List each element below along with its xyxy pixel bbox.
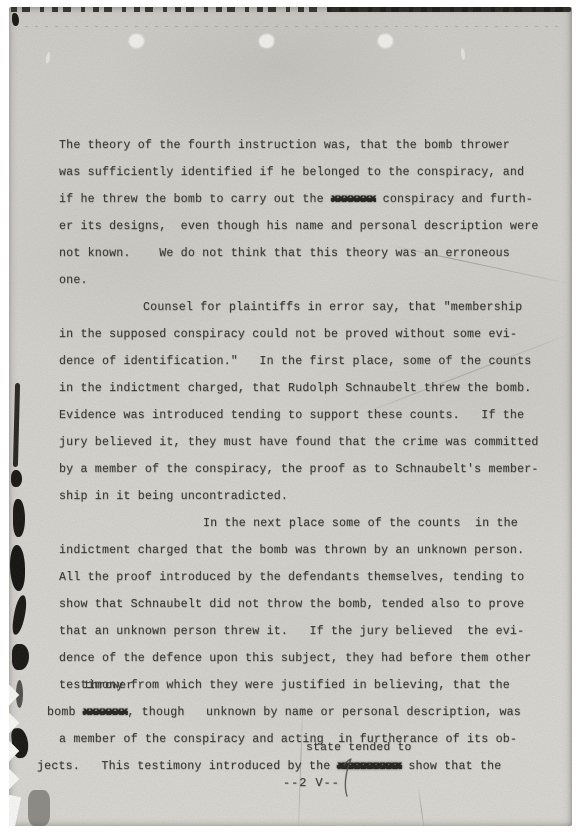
- torn-edge-notch: [9, 794, 21, 826]
- punch-hole: [378, 34, 393, 48]
- text-line: indictment charged that the bomb was thr…: [59, 537, 541, 564]
- struck-out-word: xxxxxxx: [83, 706, 128, 719]
- text-line: one.: [59, 267, 541, 294]
- text-segment: show that the: [401, 760, 501, 773]
- text-segment: bomb: [47, 706, 83, 719]
- page-number: --2 V--: [283, 776, 340, 790]
- paragraph-3: In the next place some of the counts in …: [59, 510, 541, 780]
- scanned-document-page: The theory of the fourth instruction was…: [0, 0, 576, 840]
- text-line: in the supposed conspiracy could not be …: [59, 321, 541, 348]
- torn-edge-notch: [9, 768, 19, 791]
- torn-edge-mark: [12, 644, 29, 670]
- punch-hole: [129, 34, 144, 48]
- text-line: was sufficiently identified if he belong…: [59, 159, 541, 186]
- text-line: by a member of the conspiracy, the proof…: [59, 456, 541, 483]
- interlinear-insertion-state: state tended to: [306, 742, 412, 754]
- text-line: ship in it being uncontradicted.: [59, 483, 541, 510]
- torn-edge-mark: [28, 790, 50, 826]
- text-line: if he threw the bomb to carry out the xx…: [59, 186, 541, 213]
- paragraph-1: The theory of the fourth instruction was…: [59, 132, 541, 294]
- text-line: in the indictment charged, that Rudolph …: [59, 375, 541, 402]
- torn-edge-mark: [10, 545, 25, 591]
- text-segment: , though unknown by name or personal des…: [127, 706, 521, 719]
- torn-edge-mark: [13, 383, 20, 467]
- text-line: show that Schnaubelt did not throw the b…: [59, 591, 541, 618]
- text-line: The theory of the fourth instruction was…: [59, 132, 541, 159]
- text-line: that an unknown person threw it. If the …: [59, 618, 541, 645]
- handwritten-caret-mark: [336, 755, 360, 799]
- interlinear-insertion-thrower: thrower: [84, 680, 133, 692]
- punch-hole: [258, 33, 275, 49]
- torn-edge-mark: [13, 499, 25, 537]
- text-line: All the proof introduced by the defendan…: [59, 564, 541, 591]
- text-line: dence of identification." In the first p…: [59, 348, 541, 375]
- text-line: bomb xxxxxxx, though unknown by name or …: [47, 699, 541, 726]
- text-segment: if he threw the bomb to carry out the: [59, 193, 331, 206]
- text-line: not known. We do not think that this the…: [59, 240, 541, 267]
- struck-out-word: xxxxxxx: [331, 193, 376, 206]
- text-line: In the next place some of the counts in …: [59, 510, 541, 537]
- crease-line: [418, 785, 426, 826]
- torn-edge-mark: [11, 470, 22, 487]
- text-line: a member of the conspiracy and acting in…: [59, 726, 541, 753]
- torn-edge-mark: [11, 594, 27, 635]
- paper-sheet: The theory of the fourth instruction was…: [9, 7, 572, 826]
- text-line: dence of the defence upon this subject, …: [59, 645, 541, 672]
- scan-top-edge-artifact: [327, 7, 571, 12]
- text-segment: conspiracy and furth-: [376, 193, 533, 206]
- text-line: er its designs, even though his name and…: [59, 213, 541, 240]
- fold-scan-line: [25, 26, 558, 27]
- text-line: jury believed it, they must have found t…: [59, 429, 541, 456]
- torn-edge-mark: [12, 13, 19, 26]
- binder-slit: [460, 48, 465, 60]
- binder-slit: [45, 52, 51, 64]
- text-segment: jects. This testimony introduced by the: [37, 760, 338, 773]
- text-line: Evidence was introduced tending to suppo…: [59, 402, 541, 429]
- text-line: Counsel for plaintiffs in error say, tha…: [59, 294, 541, 321]
- paragraph-2: Counsel for plaintiffs in error say, tha…: [59, 294, 541, 510]
